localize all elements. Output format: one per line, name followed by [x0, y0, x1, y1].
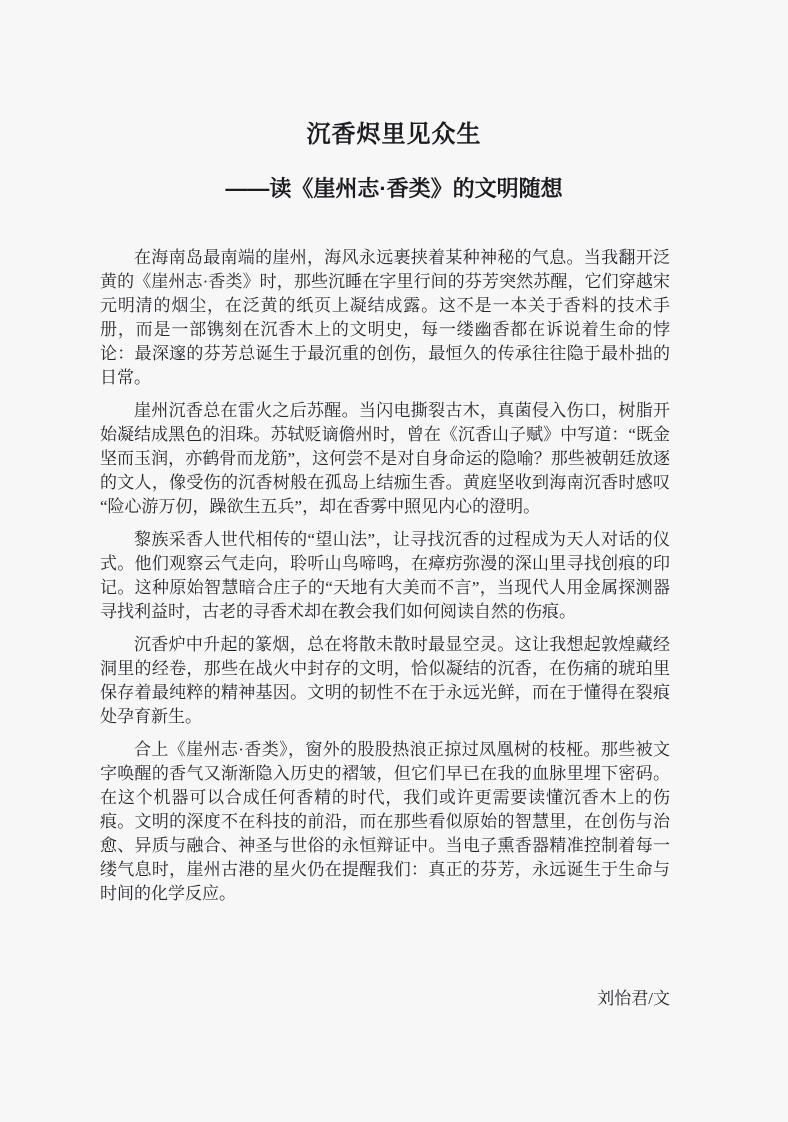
- paragraph: 在海南岛最南端的崖州，海风永远裹挟着某种神秘的气息。当我翻开泛黄的《崖州志·香类…: [100, 246, 670, 390]
- document-subtitle: ——读《崖州志·香类》的文明随想: [0, 177, 788, 201]
- document-header: 沉香烬里见众生 ——读《崖州志·香类》的文明随想: [0, 0, 788, 201]
- document-title: 沉香烬里见众生: [0, 122, 788, 148]
- paragraph: 崖州沉香总在雷火之后苏醒。当闪电撕裂古木，真菌侵入伤口，树脂开始凝结成黑色的泪珠…: [100, 399, 670, 519]
- paragraph: 黎族采香人世代相传的“望山法”，让寻找沉香的过程成为天人对话的仪式。他们观察云气…: [100, 528, 670, 624]
- paragraph: 沉香炉中升起的篆烟，总在将散未散时最显空灵。这让我想起敦煌藏经洞里的经卷，那些在…: [100, 633, 670, 729]
- paragraph: 合上《崖州志·香类》，窗外的股股热浪正掠过凤凰树的枝桠。那些被文字唤醒的香气又渐…: [100, 738, 670, 906]
- byline: 刘怡君/文: [100, 987, 670, 1011]
- document-body: 在海南岛最南端的崖州，海风永远裹挟着某种神秘的气息。当我翻开泛黄的《崖州志·香类…: [100, 246, 670, 906]
- document-page: 沉香烬里见众生 ——读《崖州志·香类》的文明随想 在海南岛最南端的崖州，海风永远…: [0, 0, 788, 1122]
